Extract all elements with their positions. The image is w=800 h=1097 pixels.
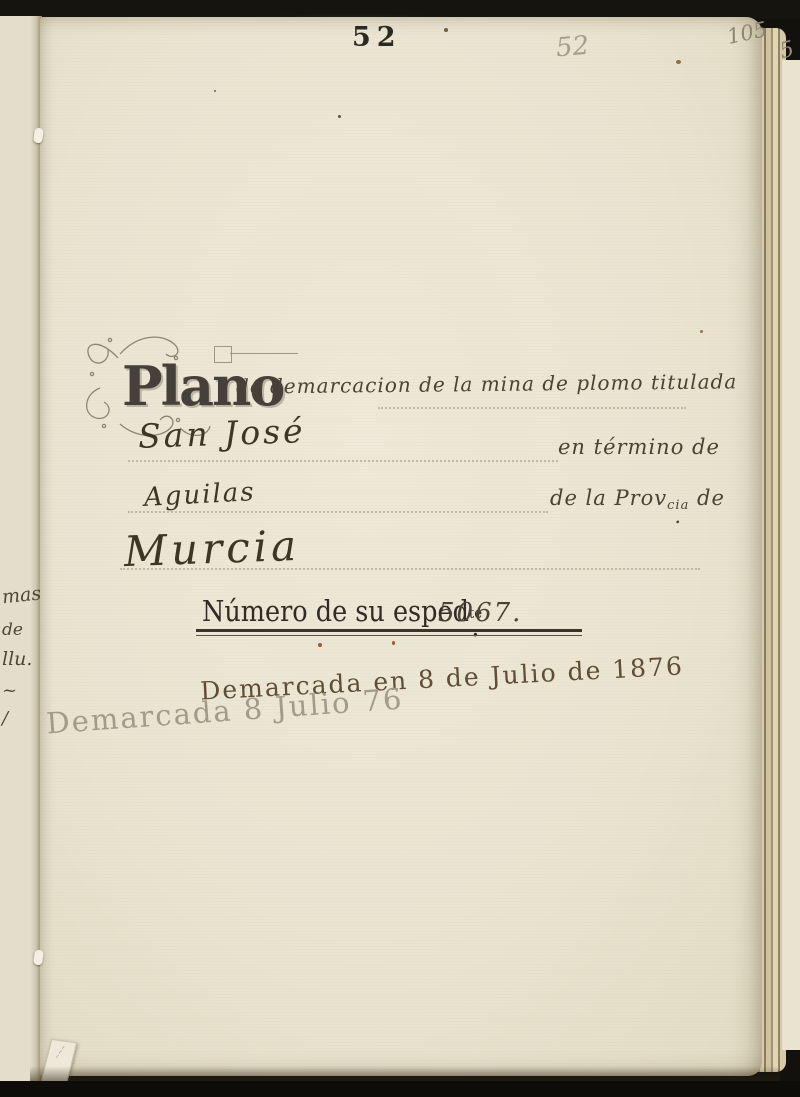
entry-municipality: Aguilas [143,477,256,513]
page-bottom-shadow [30,1066,780,1082]
dotted-rule [120,568,700,570]
printed-page-number: 52 [352,22,402,53]
margin-handwriting-fragment: de [2,620,23,640]
ink-speck [318,643,322,647]
margin-handwriting-fragment: mas) [1,582,42,609]
pencil-sketch-rectangle [214,346,232,363]
dotted-rule [128,460,558,462]
provincia-superscript: cia. [667,502,689,524]
paper-stain [700,330,703,333]
entry-file-number: 5067. [438,598,522,628]
form-label-provincia: de la Provcia. de [550,486,725,524]
paper-stain [214,90,216,92]
next-page-surface [782,60,800,1050]
provincia-prefix: de la Prov [550,486,667,510]
paper-stain [444,28,448,32]
entry-mine-name: San José [137,411,306,456]
dotted-rule [378,407,686,409]
margin-handwriting-fragment: / [2,708,8,729]
ink-speck [392,641,395,645]
previous-page-edge: mas) de llu. ~ / [0,16,42,1082]
pencil-page-number: 52 [555,31,591,64]
margin-handwriting-fragment: llu. [2,648,32,670]
paper-stain [338,115,341,118]
pencil-sketch-line [230,353,298,354]
double-rule [196,629,582,636]
scan-background-bottom [0,1081,800,1097]
tab-scribble: ~~~ [53,1040,70,1061]
form-label-en-termino: en término de [558,435,720,459]
paper-stain [676,60,681,64]
dotted-rule [128,511,548,513]
provincia-suffix: de [697,486,725,510]
margin-handwriting-fragment: ~ [2,680,17,701]
